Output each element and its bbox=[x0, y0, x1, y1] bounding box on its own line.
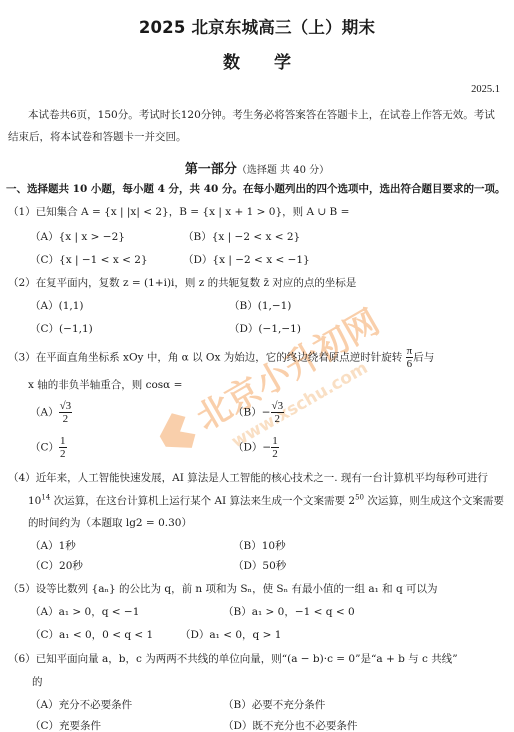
q1-option-c[interactable]: （C）{x | −1 < x < 2} bbox=[30, 252, 148, 267]
denominator: 2 bbox=[275, 413, 281, 425]
option-label: （C） bbox=[30, 560, 59, 572]
question-6-stem: （6）已知平面向量 a，b，c 为两两不共线的单位向量，则“(a − b)·c … bbox=[8, 651, 458, 666]
q2-option-b[interactable]: （B）(1,−1) bbox=[229, 298, 291, 313]
part-heading: 第一部分（选择题 共 40 分） bbox=[0, 158, 514, 177]
option-text: 必要不充分条件 bbox=[252, 699, 326, 711]
option-label: （D） bbox=[223, 720, 252, 732]
option-text: 50秒 bbox=[262, 560, 286, 572]
q4-option-c[interactable]: （C）20秒 bbox=[30, 558, 83, 573]
power-exponent: 14 bbox=[41, 494, 50, 502]
option-label: （C） bbox=[30, 254, 59, 266]
option-label: （A） bbox=[30, 407, 59, 419]
option-text: (1,1) bbox=[59, 300, 84, 312]
option-label: （B） bbox=[223, 606, 252, 618]
denominator: 2 bbox=[60, 448, 66, 460]
denominator: 2 bbox=[63, 413, 69, 425]
q1-option-a[interactable]: （A）{x | x > −2} bbox=[30, 229, 125, 244]
q5-option-c[interactable]: （C）a₁ < 0，0 < q < 1 bbox=[30, 627, 153, 642]
option-fraction: √32 bbox=[59, 400, 73, 425]
q4-option-b[interactable]: （B）10秒 bbox=[233, 538, 286, 553]
q2-option-a[interactable]: （A）(1,1) bbox=[30, 298, 84, 313]
option-text: a₁ < 0，q > 1 bbox=[209, 629, 281, 641]
option-label: （C） bbox=[30, 323, 59, 335]
q5-option-d[interactable]: （D）a₁ < 0，q > 1 bbox=[180, 627, 281, 642]
question-text: 在平面直角坐标系 xOy 中，角 α 以 Ox 为始边，它的终边绕着原点逆时针旋… bbox=[36, 352, 403, 364]
question-text: 设等比数列 {aₙ} 的公比为 q，前 n 项和为 Sₙ，使 Sₙ 有最小值的一… bbox=[36, 583, 438, 595]
option-label: （D） bbox=[233, 442, 262, 454]
option-text: (−1,1) bbox=[59, 323, 93, 335]
option-label: （B） bbox=[233, 407, 262, 419]
q6-option-a[interactable]: （A）充分不必要条件 bbox=[30, 697, 132, 712]
option-fraction: 12 bbox=[59, 435, 67, 460]
question-6-stem-line2: 的 bbox=[32, 674, 43, 689]
page-title: 2025 北京东城高三（上）期末 bbox=[0, 14, 514, 38]
q1-option-d[interactable]: （D）{x | −2 < x < −1} bbox=[183, 252, 310, 267]
option-text: 1秒 bbox=[59, 540, 76, 552]
q3-option-c[interactable]: （C）12 bbox=[30, 435, 67, 460]
question-number: （3） bbox=[8, 352, 36, 364]
option-sign: − bbox=[262, 407, 271, 419]
option-text: {x | x > −2} bbox=[59, 231, 125, 243]
question-4-stem-line3: 的时间约为（本题取 lg2 = 0.30） bbox=[28, 515, 192, 530]
question-number: （6） bbox=[8, 653, 36, 665]
option-label: （D） bbox=[233, 560, 262, 572]
question-5-stem: （5）设等比数列 {aₙ} 的公比为 q，前 n 项和为 Sₙ，使 Sₙ 有最小… bbox=[8, 581, 438, 596]
question-number: （1） bbox=[8, 206, 36, 218]
option-text: 充要条件 bbox=[59, 720, 101, 732]
option-text: {x | −2 < x < −1} bbox=[212, 254, 309, 266]
exam-date: 2025.1 bbox=[471, 84, 500, 95]
question-3-stem: （3）在平面直角坐标系 xOy 中，角 α 以 Ox 为始边，它的终边绕着原点逆… bbox=[8, 345, 434, 370]
question-text: 已知平面向量 a，b，c 为两两不共线的单位向量，则“(a − b)·c = 0… bbox=[36, 653, 458, 665]
q4-option-a[interactable]: （A）1秒 bbox=[30, 538, 76, 553]
option-label: （B） bbox=[223, 699, 252, 711]
option-label: （A） bbox=[30, 300, 59, 312]
q6-option-c[interactable]: （C）充要条件 bbox=[30, 718, 101, 732]
option-label: （A） bbox=[30, 606, 59, 618]
option-label: （D） bbox=[183, 254, 212, 266]
option-label: （A） bbox=[30, 231, 59, 243]
question-text: 在复平面内，复数 z = (1+i)i，则 z 的共轭复数 z̄ 对应的点的坐标… bbox=[36, 277, 357, 289]
exam-instructions: 本试卷共6页，150分。考试时长120分钟。考生务必将答案答在答题卡上，在试卷上… bbox=[8, 104, 504, 148]
option-text: (1,−1) bbox=[258, 300, 292, 312]
denominator: 6 bbox=[407, 358, 413, 370]
question-1-stem: （1）已知集合 A = {x | |x| < 2}，B = {x | x + 1… bbox=[8, 204, 349, 219]
q6-option-d[interactable]: （D）既不充分也不必要条件 bbox=[223, 718, 357, 732]
question-4-stem: （4）近年来，人工智能快速发展，AI 算法是人工智能的核心技术之一. 现有一台计… bbox=[8, 470, 488, 485]
option-text: 充分不必要条件 bbox=[59, 699, 133, 711]
option-text: a₁ > 0，q < −1 bbox=[59, 606, 140, 618]
numerator: √3 bbox=[59, 400, 73, 413]
option-text: 20秒 bbox=[59, 560, 83, 572]
question-number: （5） bbox=[8, 583, 36, 595]
numerator: 1 bbox=[59, 435, 67, 448]
q2-option-d[interactable]: （D）(−1,−1) bbox=[229, 321, 301, 336]
q4-option-d[interactable]: （D）50秒 bbox=[233, 558, 286, 573]
option-sign: − bbox=[262, 442, 271, 454]
option-label: （A） bbox=[30, 699, 59, 711]
q3-option-a[interactable]: （A）√32 bbox=[30, 400, 72, 425]
part-title: 第一部分 bbox=[185, 162, 237, 177]
option-label: （A） bbox=[30, 540, 59, 552]
option-label: （B） bbox=[229, 300, 258, 312]
q2-option-c[interactable]: （C）(−1,1) bbox=[30, 321, 93, 336]
option-text: {x | −2 < x < 2} bbox=[212, 231, 301, 243]
option-label: （D） bbox=[180, 629, 209, 641]
numerator: 1 bbox=[271, 435, 279, 448]
option-fraction: √32 bbox=[271, 400, 285, 425]
q3-option-b[interactable]: （B）−√32 bbox=[233, 400, 284, 425]
question-text: 近年来，人工智能快速发展，AI 算法是人工智能的核心技术之一. 现有一台计算机平… bbox=[36, 472, 488, 484]
option-label: （C） bbox=[30, 442, 59, 454]
option-text: {x | −1 < x < 2} bbox=[59, 254, 148, 266]
question-3-stem-line2: x 轴的非负半轴重合，则 cosα = bbox=[28, 377, 182, 392]
question-number: （4） bbox=[8, 472, 36, 484]
q5-option-b[interactable]: （B）a₁ > 0，−1 < q < 0 bbox=[223, 604, 355, 619]
question-number: （2） bbox=[8, 277, 36, 289]
q1-option-b[interactable]: （B）{x | −2 < x < 2} bbox=[183, 229, 300, 244]
numerator: √3 bbox=[271, 400, 285, 413]
option-text: a₁ > 0，−1 < q < 0 bbox=[252, 606, 355, 618]
question-text: 已知集合 A = {x | |x| < 2}，B = {x | x + 1 > … bbox=[36, 206, 350, 218]
section-heading: 一、选择题共 10 小题，每小题 4 分，共 40 分。在每小题列出的四个选项中… bbox=[6, 181, 505, 196]
question-4-stem-line2: 1014 次运算，在这台计算机上运行某个 AI 算法来生成一个文案需要 250 … bbox=[28, 493, 504, 508]
power-base: 10 bbox=[28, 495, 41, 507]
part-subtitle: （选择题 共 40 分） bbox=[237, 165, 329, 176]
option-label: （C） bbox=[30, 629, 59, 641]
option-text: 10秒 bbox=[262, 540, 286, 552]
instructions-text: 本试卷共6页，150分。考试时长120分钟。考生务必将答案答在答题卡上，在试卷上… bbox=[8, 109, 495, 143]
question-text-cont: 后与 bbox=[413, 352, 434, 364]
option-text: (−1,−1) bbox=[258, 323, 301, 335]
subject-title: 数 学 bbox=[0, 48, 514, 73]
option-label: （C） bbox=[30, 720, 59, 732]
question-text: 次运算，在这台计算机上运行某个 AI 算法来生成一个文案需要 bbox=[50, 495, 348, 507]
q5-option-a[interactable]: （A）a₁ > 0，q < −1 bbox=[30, 604, 139, 619]
option-label: （B） bbox=[233, 540, 262, 552]
q3-option-d[interactable]: （D）−12 bbox=[233, 435, 279, 460]
denominator: 2 bbox=[272, 448, 278, 460]
option-text: 既不充分也不必要条件 bbox=[252, 720, 357, 732]
option-text: a₁ < 0，0 < q < 1 bbox=[59, 629, 153, 641]
option-label: （D） bbox=[229, 323, 258, 335]
question-text: 次运算，则生成这个文案需要 bbox=[364, 495, 504, 507]
option-label: （B） bbox=[183, 231, 212, 243]
option-fraction: 12 bbox=[271, 435, 279, 460]
q6-option-b[interactable]: （B）必要不充分条件 bbox=[223, 697, 325, 712]
power-exponent: 50 bbox=[355, 494, 364, 502]
question-2-stem: （2）在复平面内，复数 z = (1+i)i，则 z 的共轭复数 z̄ 对应的点… bbox=[8, 275, 356, 290]
